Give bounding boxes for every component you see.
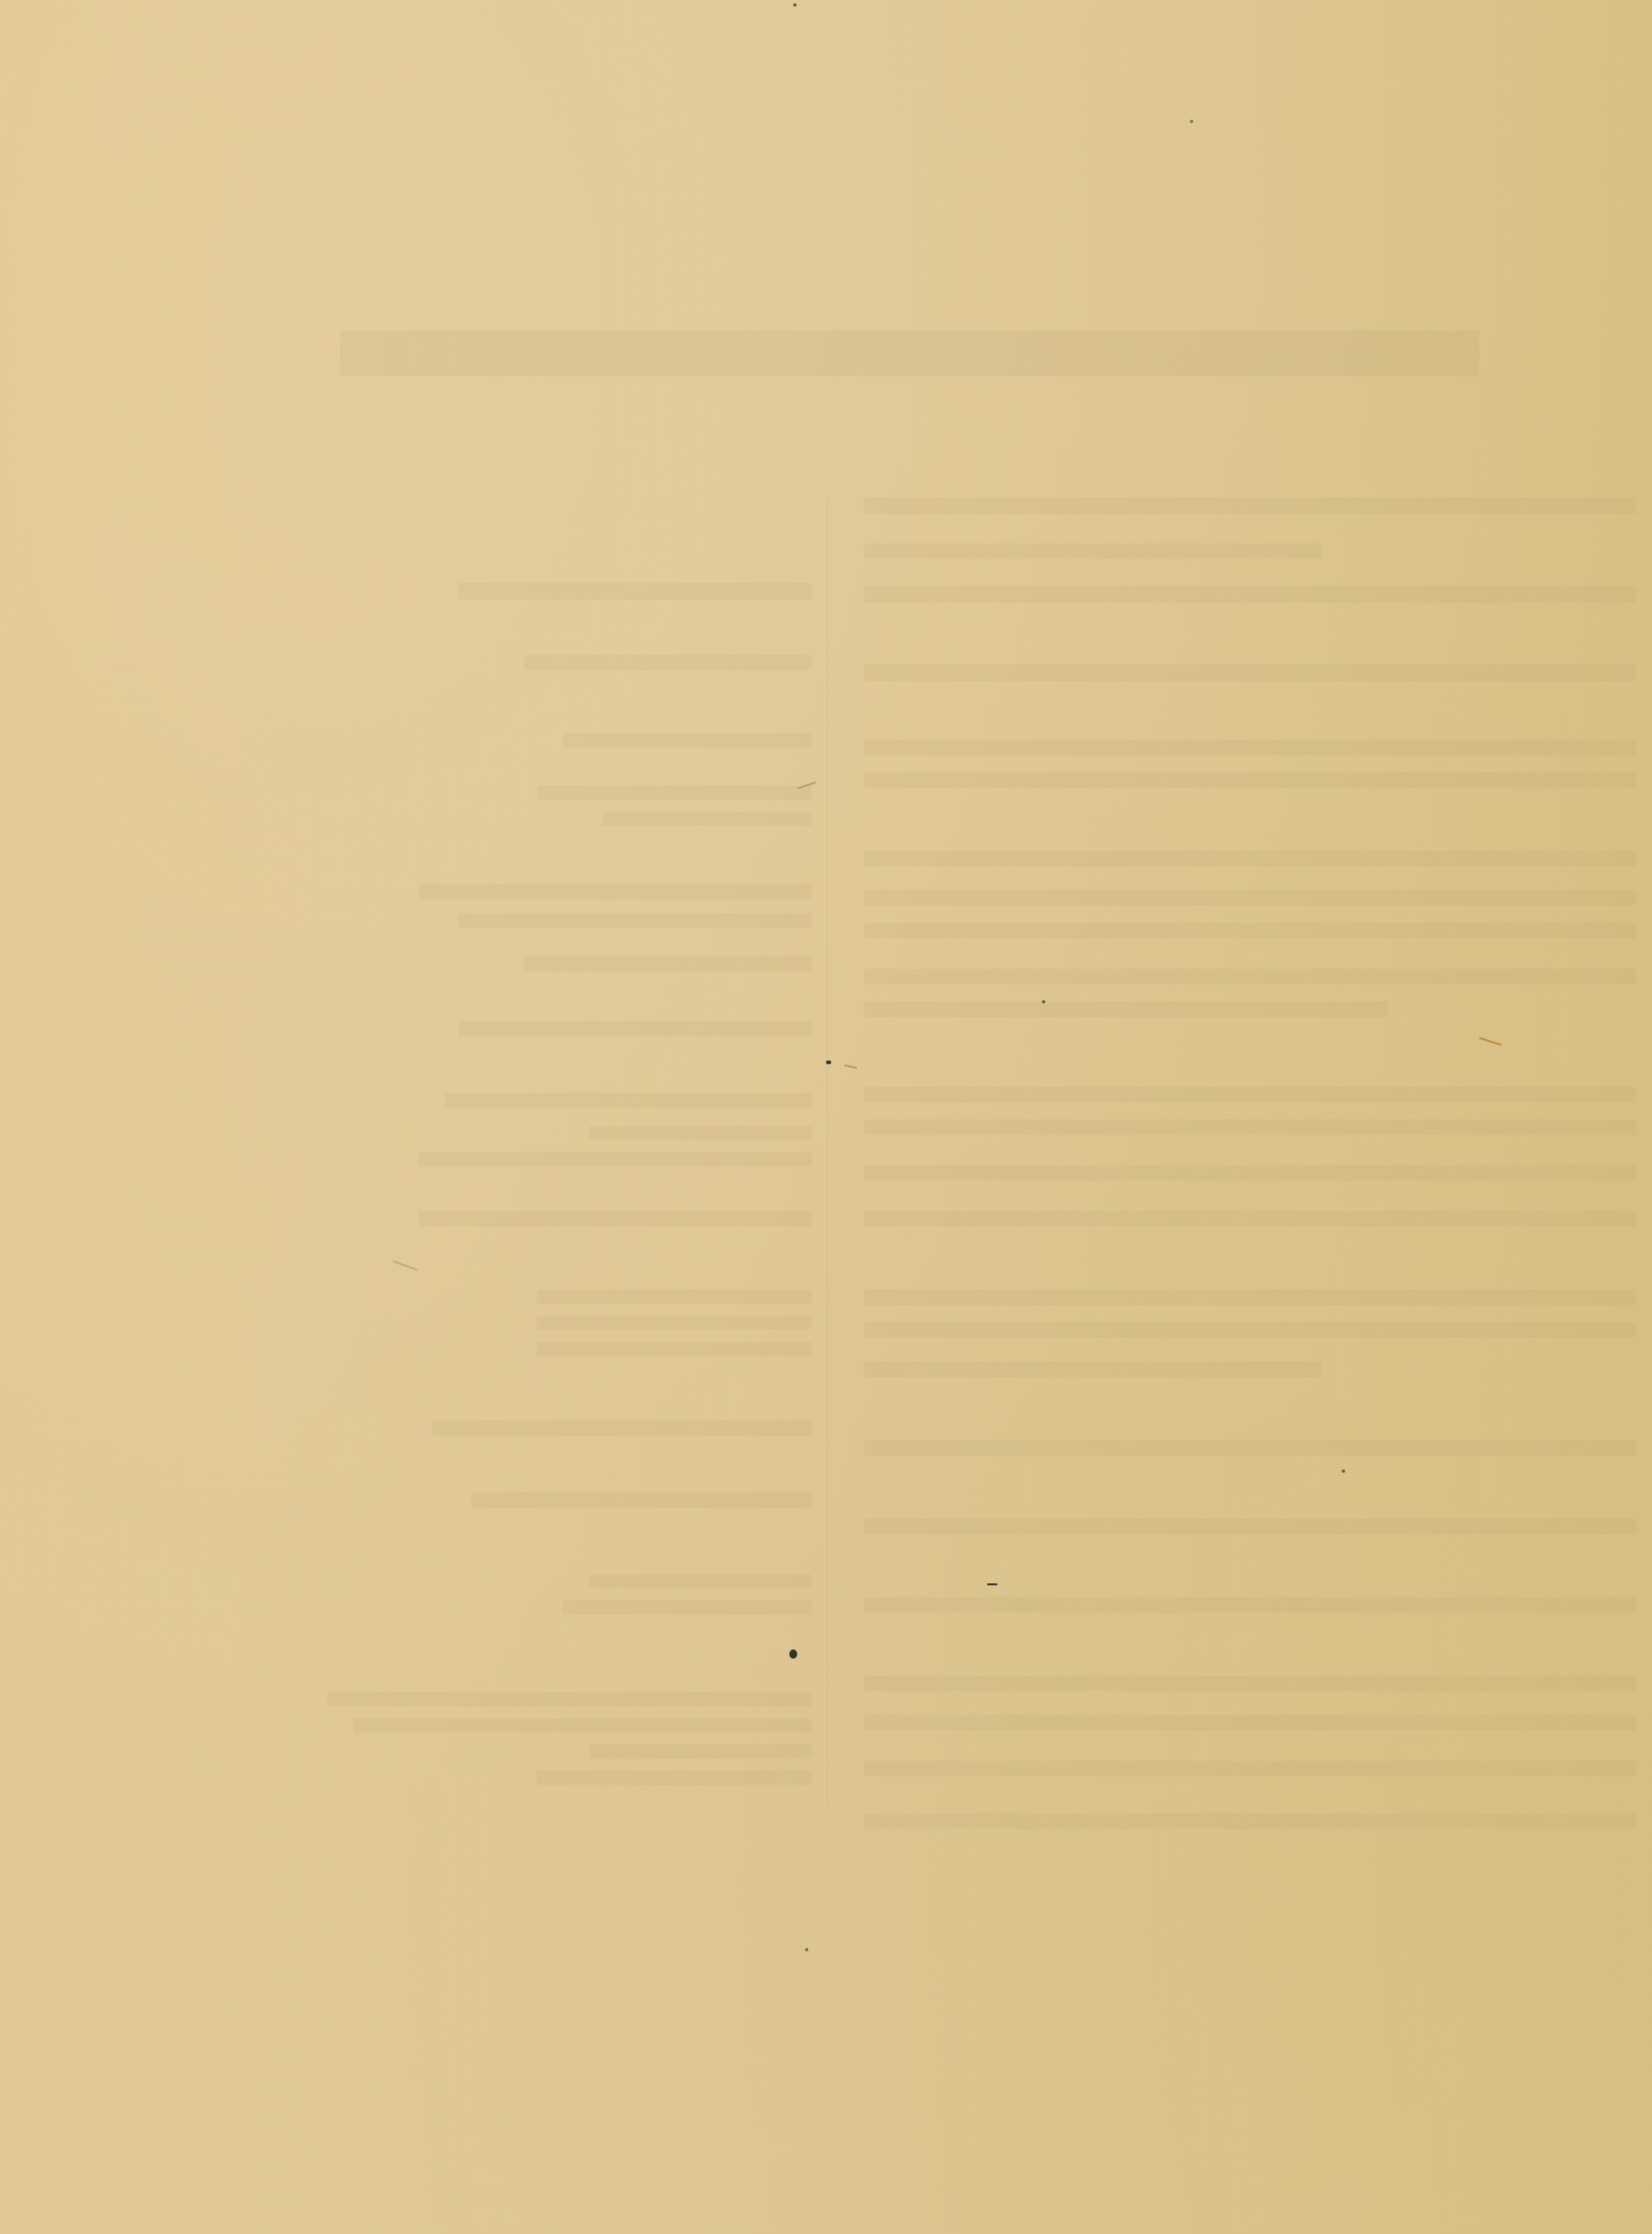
- ghost-line: [864, 969, 1636, 984]
- ghost-line: [524, 956, 812, 971]
- ghost-line: [602, 812, 812, 826]
- ghost-line: [864, 740, 1636, 755]
- bleed-through-header: [340, 331, 1479, 376]
- ghost-line: [864, 664, 1636, 681]
- ghost-line: [864, 1001, 1388, 1017]
- ghost-line: [864, 543, 1322, 559]
- ghost-line: [864, 1165, 1636, 1181]
- ghost-line: [864, 1715, 1636, 1731]
- ghost-line: [864, 1440, 1636, 1456]
- paper-speck: [826, 1060, 831, 1064]
- ghost-line: [458, 913, 812, 928]
- scanned-book-page: [0, 0, 1652, 2234]
- ghost-line: [563, 1600, 812, 1615]
- paper-scratch: [1479, 1037, 1502, 1046]
- paper-speck: [1342, 1469, 1345, 1473]
- bleed-through-column-divider: [826, 497, 828, 1807]
- paper-speck: [789, 1649, 797, 1659]
- ghost-line: [864, 1813, 1636, 1829]
- ghost-line: [864, 1322, 1636, 1338]
- ghost-line: [537, 1316, 812, 1330]
- ghost-line: [864, 1211, 1636, 1227]
- ghost-line: [589, 1744, 812, 1759]
- ghost-line: [864, 1119, 1636, 1135]
- ghost-line: [537, 1289, 812, 1304]
- ghost-line: [327, 1692, 812, 1706]
- ghost-line: [864, 586, 1636, 603]
- paper-scratch: [392, 1260, 418, 1270]
- ghost-line: [589, 1574, 812, 1589]
- ghost-line: [445, 1093, 812, 1109]
- paper-scratch: [844, 1064, 857, 1069]
- ghost-line: [864, 1361, 1322, 1377]
- paper-scratch: [987, 1583, 997, 1585]
- ghost-line: [864, 772, 1636, 788]
- paper-speck: [805, 1948, 808, 1951]
- ghost-line: [864, 890, 1636, 906]
- ghost-line: [864, 1289, 1636, 1305]
- ghost-line: [537, 1771, 812, 1785]
- ghost-line: [589, 1126, 812, 1140]
- ghost-line: [864, 1087, 1636, 1102]
- paper-speck: [1190, 120, 1193, 123]
- ghost-line: [864, 1676, 1636, 1691]
- ghost-line: [864, 497, 1636, 514]
- ghost-line: [864, 851, 1636, 867]
- ghost-line: [563, 733, 812, 748]
- ghost-line: [864, 1761, 1636, 1776]
- ghost-line: [353, 1718, 812, 1733]
- ghost-line: [524, 655, 812, 670]
- paper-speck: [1042, 1000, 1045, 1003]
- paper-speck: [793, 3, 797, 7]
- ghost-line: [432, 1420, 812, 1436]
- ghost-line: [458, 583, 812, 600]
- ghost-line: [419, 1211, 812, 1227]
- ghost-line: [419, 1152, 812, 1166]
- ghost-line: [458, 1021, 812, 1037]
- ghost-line: [537, 1342, 812, 1356]
- ghost-line: [471, 1492, 812, 1508]
- ghost-line: [864, 1597, 1636, 1613]
- ghost-line: [864, 923, 1636, 939]
- ghost-line: [537, 785, 812, 800]
- ghost-line: [864, 1519, 1636, 1534]
- ghost-line: [419, 884, 812, 899]
